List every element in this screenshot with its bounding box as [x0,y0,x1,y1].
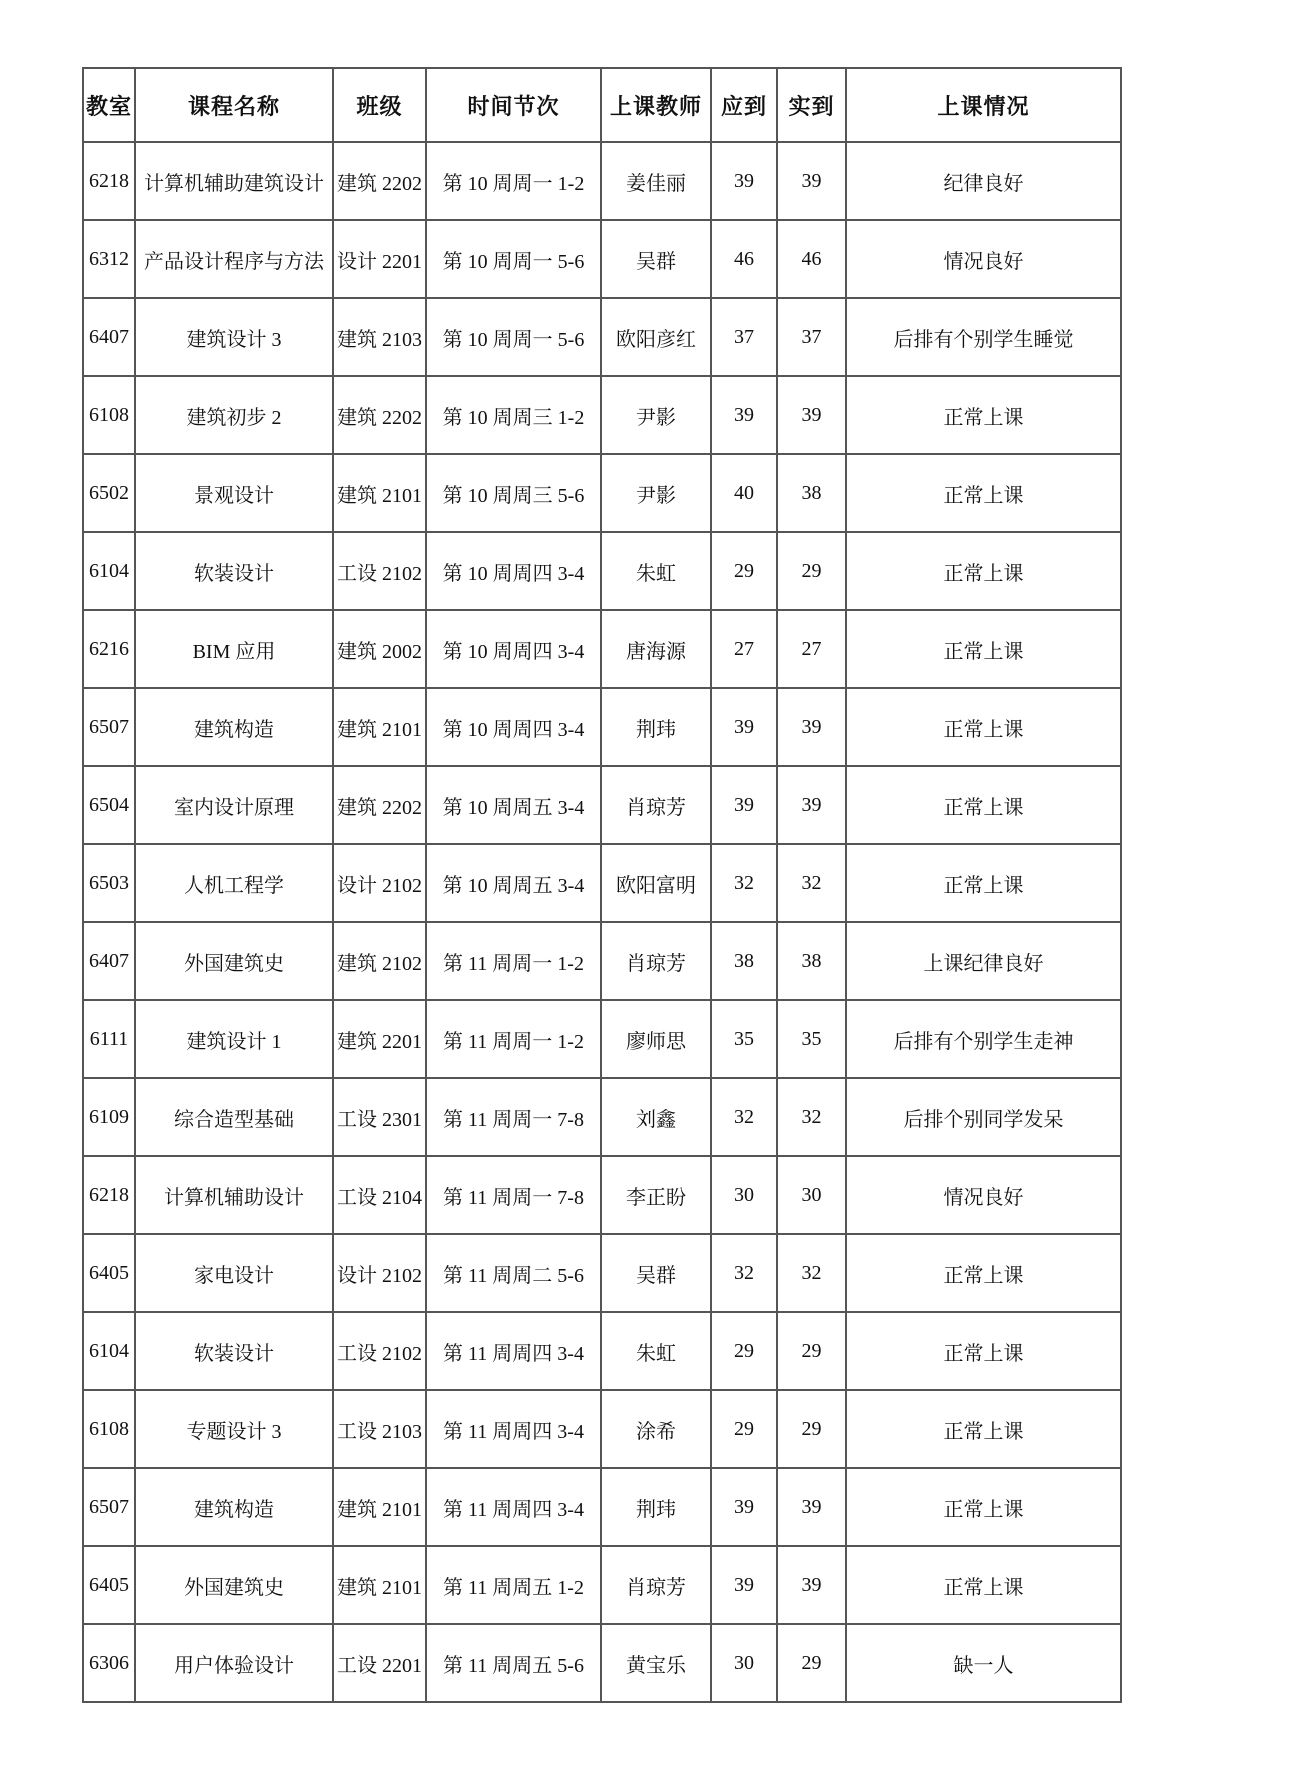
table-row: 6503人机工程学设计 2102第 10 周周五 3-4欧阳富明3232正常上课 [83,844,1121,922]
cell-room: 6216 [83,610,135,688]
cell-expected: 32 [711,844,777,922]
cell-class_name: 建筑 2202 [333,142,426,220]
table-row: 6312产品设计程序与方法设计 2201第 10 周周一 5-6吴群4646情况… [83,220,1121,298]
cell-actual: 39 [777,1546,846,1624]
cell-time: 第 10 周周五 3-4 [426,844,601,922]
cell-teacher: 吴群 [601,220,711,298]
cell-course: 外国建筑史 [135,1546,333,1624]
cell-time: 第 10 周周四 3-4 [426,610,601,688]
cell-status: 正常上课 [846,688,1121,766]
cell-expected: 32 [711,1234,777,1312]
cell-time: 第 11 周周一 7-8 [426,1078,601,1156]
cell-room: 6306 [83,1624,135,1702]
cell-time: 第 11 周周四 3-4 [426,1468,601,1546]
table-row: 6507建筑构造建筑 2101第 11 周周四 3-4荆玮3939正常上课 [83,1468,1121,1546]
cell-actual: 30 [777,1156,846,1234]
col-header-room: 教室 [83,68,135,142]
cell-expected: 27 [711,610,777,688]
cell-time: 第 11 周周五 5-6 [426,1624,601,1702]
table-row: 6504室内设计原理建筑 2202第 10 周周五 3-4肖琼芳3939正常上课 [83,766,1121,844]
cell-actual: 32 [777,844,846,922]
header-row: 教室课程名称班级时间节次上课教师应到实到上课情况 [83,68,1121,142]
cell-course: 建筑设计 3 [135,298,333,376]
cell-actual: 27 [777,610,846,688]
cell-room: 6104 [83,1312,135,1390]
cell-actual: 38 [777,922,846,1000]
cell-teacher: 刘鑫 [601,1078,711,1156]
cell-room: 6405 [83,1234,135,1312]
cell-status: 情况良好 [846,1156,1121,1234]
cell-teacher: 欧阳富明 [601,844,711,922]
cell-actual: 29 [777,1624,846,1702]
cell-teacher: 肖琼芳 [601,766,711,844]
cell-course: 建筑设计 1 [135,1000,333,1078]
cell-course: 外国建筑史 [135,922,333,1000]
cell-course: 建筑构造 [135,688,333,766]
cell-course: 综合造型基础 [135,1078,333,1156]
cell-expected: 30 [711,1156,777,1234]
cell-teacher: 李正盼 [601,1156,711,1234]
cell-actual: 32 [777,1078,846,1156]
cell-status: 正常上课 [846,532,1121,610]
cell-expected: 39 [711,766,777,844]
cell-time: 第 11 周周一 1-2 [426,922,601,1000]
cell-room: 6504 [83,766,135,844]
cell-actual: 39 [777,1468,846,1546]
table-row: 6502景观设计建筑 2101第 10 周周三 5-6尹影4038正常上课 [83,454,1121,532]
table-row: 6306用户体验设计工设 2201第 11 周周五 5-6黄宝乐3029缺一人 [83,1624,1121,1702]
col-header-teacher: 上课教师 [601,68,711,142]
cell-room: 6507 [83,688,135,766]
cell-teacher: 涂希 [601,1390,711,1468]
cell-course: 软装设计 [135,532,333,610]
cell-actual: 39 [777,766,846,844]
cell-time: 第 10 周周四 3-4 [426,688,601,766]
cell-course: 家电设计 [135,1234,333,1312]
cell-class_name: 建筑 2101 [333,688,426,766]
cell-class_name: 工设 2104 [333,1156,426,1234]
cell-time: 第 10 周周一 5-6 [426,298,601,376]
cell-time: 第 10 周周五 3-4 [426,766,601,844]
cell-course: 计算机辅助设计 [135,1156,333,1234]
cell-time: 第 10 周周一 5-6 [426,220,601,298]
cell-actual: 29 [777,532,846,610]
cell-status: 正常上课 [846,454,1121,532]
cell-actual: 38 [777,454,846,532]
cell-status: 正常上课 [846,1234,1121,1312]
cell-class_name: 建筑 2101 [333,454,426,532]
cell-teacher: 吴群 [601,1234,711,1312]
cell-expected: 38 [711,922,777,1000]
table-row: 6405外国建筑史建筑 2101第 11 周周五 1-2肖琼芳3939正常上课 [83,1546,1121,1624]
cell-status: 后排有个别学生走神 [846,1000,1121,1078]
cell-room: 6405 [83,1546,135,1624]
cell-room: 6108 [83,1390,135,1468]
cell-teacher: 欧阳彦红 [601,298,711,376]
cell-class_name: 设计 2201 [333,220,426,298]
cell-actual: 46 [777,220,846,298]
col-header-actual: 实到 [777,68,846,142]
cell-time: 第 11 周周四 3-4 [426,1312,601,1390]
cell-status: 正常上课 [846,844,1121,922]
cell-expected: 35 [711,1000,777,1078]
cell-actual: 29 [777,1312,846,1390]
cell-status: 缺一人 [846,1624,1121,1702]
cell-expected: 39 [711,142,777,220]
cell-time: 第 10 周周四 3-4 [426,532,601,610]
cell-status: 后排个别同学发呆 [846,1078,1121,1156]
table-row: 6109综合造型基础工设 2301第 11 周周一 7-8刘鑫3232后排个别同… [83,1078,1121,1156]
cell-status: 正常上课 [846,1546,1121,1624]
cell-class_name: 工设 2102 [333,1312,426,1390]
cell-room: 6218 [83,1156,135,1234]
col-header-time: 时间节次 [426,68,601,142]
table-row: 6104软装设计工设 2102第 10 周周四 3-4朱虹2929正常上课 [83,532,1121,610]
cell-expected: 30 [711,1624,777,1702]
cell-class_name: 建筑 2101 [333,1546,426,1624]
cell-class_name: 设计 2102 [333,1234,426,1312]
col-header-status: 上课情况 [846,68,1121,142]
table-row: 6108专题设计 3工设 2103第 11 周周四 3-4涂希2929正常上课 [83,1390,1121,1468]
table-row: 6507建筑构造建筑 2101第 10 周周四 3-4荆玮3939正常上课 [83,688,1121,766]
cell-teacher: 黄宝乐 [601,1624,711,1702]
cell-class_name: 工设 2102 [333,532,426,610]
cell-course: 软装设计 [135,1312,333,1390]
cell-expected: 46 [711,220,777,298]
cell-time: 第 11 周周二 5-6 [426,1234,601,1312]
cell-expected: 40 [711,454,777,532]
cell-course: 人机工程学 [135,844,333,922]
cell-time: 第 10 周周三 1-2 [426,376,601,454]
table-body: 6218计算机辅助建筑设计建筑 2202第 10 周周一 1-2姜佳丽3939纪… [83,142,1121,1702]
col-header-expected: 应到 [711,68,777,142]
cell-time: 第 11 周周五 1-2 [426,1546,601,1624]
cell-class_name: 设计 2102 [333,844,426,922]
cell-room: 6502 [83,454,135,532]
cell-time: 第 10 周周一 1-2 [426,142,601,220]
table-row: 6405家电设计设计 2102第 11 周周二 5-6吴群3232正常上课 [83,1234,1121,1312]
cell-teacher: 尹影 [601,454,711,532]
cell-room: 6407 [83,298,135,376]
cell-expected: 39 [711,1546,777,1624]
cell-expected: 29 [711,1312,777,1390]
cell-teacher: 荆玮 [601,1468,711,1546]
cell-expected: 39 [711,1468,777,1546]
cell-class_name: 建筑 2103 [333,298,426,376]
cell-class_name: 建筑 2102 [333,922,426,1000]
cell-time: 第 11 周周一 7-8 [426,1156,601,1234]
cell-expected: 37 [711,298,777,376]
cell-actual: 35 [777,1000,846,1078]
cell-status: 正常上课 [846,766,1121,844]
cell-teacher: 廖师思 [601,1000,711,1078]
cell-expected: 29 [711,532,777,610]
cell-room: 6507 [83,1468,135,1546]
cell-room: 6111 [83,1000,135,1078]
cell-status: 正常上课 [846,610,1121,688]
col-header-class_name: 班级 [333,68,426,142]
cell-course: 景观设计 [135,454,333,532]
cell-time: 第 11 周周一 1-2 [426,1000,601,1078]
cell-course: 室内设计原理 [135,766,333,844]
cell-room: 6503 [83,844,135,922]
cell-actual: 37 [777,298,846,376]
cell-room: 6218 [83,142,135,220]
cell-teacher: 肖琼芳 [601,922,711,1000]
cell-teacher: 唐海源 [601,610,711,688]
table-row: 6108建筑初步 2建筑 2202第 10 周周三 1-2尹影3939正常上课 [83,376,1121,454]
cell-status: 正常上课 [846,1468,1121,1546]
cell-actual: 39 [777,688,846,766]
cell-teacher: 姜佳丽 [601,142,711,220]
cell-class_name: 建筑 2201 [333,1000,426,1078]
cell-status: 上课纪律良好 [846,922,1121,1000]
cell-course: 用户体验设计 [135,1624,333,1702]
cell-course: 专题设计 3 [135,1390,333,1468]
cell-expected: 39 [711,376,777,454]
table-header: 教室课程名称班级时间节次上课教师应到实到上课情况 [83,68,1121,142]
cell-class_name: 建筑 2002 [333,610,426,688]
table-row: 6216BIM 应用建筑 2002第 10 周周四 3-4唐海源2727正常上课 [83,610,1121,688]
cell-room: 6312 [83,220,135,298]
cell-class_name: 建筑 2202 [333,766,426,844]
cell-expected: 32 [711,1078,777,1156]
cell-status: 情况良好 [846,220,1121,298]
table-row: 6407建筑设计 3建筑 2103第 10 周周一 5-6欧阳彦红3737后排有… [83,298,1121,376]
cell-course: 建筑初步 2 [135,376,333,454]
cell-teacher: 荆玮 [601,688,711,766]
cell-expected: 29 [711,1390,777,1468]
cell-status: 正常上课 [846,1312,1121,1390]
cell-teacher: 肖琼芳 [601,1546,711,1624]
cell-room: 6407 [83,922,135,1000]
col-header-course: 课程名称 [135,68,333,142]
document-page: 教室课程名称班级时间节次上课教师应到实到上课情况 6218计算机辅助建筑设计建筑… [0,0,1302,1791]
cell-status: 后排有个别学生睡觉 [846,298,1121,376]
cell-class_name: 建筑 2202 [333,376,426,454]
cell-class_name: 工设 2103 [333,1390,426,1468]
cell-time: 第 11 周周四 3-4 [426,1390,601,1468]
attendance-table: 教室课程名称班级时间节次上课教师应到实到上课情况 6218计算机辅助建筑设计建筑… [82,67,1122,1703]
cell-status: 纪律良好 [846,142,1121,220]
cell-status: 正常上课 [846,376,1121,454]
cell-course: 建筑构造 [135,1468,333,1546]
cell-room: 6108 [83,376,135,454]
cell-status: 正常上课 [846,1390,1121,1468]
cell-time: 第 10 周周三 5-6 [426,454,601,532]
cell-class_name: 工设 2301 [333,1078,426,1156]
cell-class_name: 建筑 2101 [333,1468,426,1546]
cell-course: BIM 应用 [135,610,333,688]
table-row: 6104软装设计工设 2102第 11 周周四 3-4朱虹2929正常上课 [83,1312,1121,1390]
cell-teacher: 朱虹 [601,1312,711,1390]
cell-actual: 39 [777,376,846,454]
cell-teacher: 朱虹 [601,532,711,610]
cell-expected: 39 [711,688,777,766]
cell-actual: 32 [777,1234,846,1312]
cell-course: 计算机辅助建筑设计 [135,142,333,220]
table-row: 6407外国建筑史建筑 2102第 11 周周一 1-2肖琼芳3838上课纪律良… [83,922,1121,1000]
cell-class_name: 工设 2201 [333,1624,426,1702]
cell-room: 6109 [83,1078,135,1156]
table-row: 6218计算机辅助建筑设计建筑 2202第 10 周周一 1-2姜佳丽3939纪… [83,142,1121,220]
cell-actual: 29 [777,1390,846,1468]
table-row: 6218计算机辅助设计工设 2104第 11 周周一 7-8李正盼3030情况良… [83,1156,1121,1234]
cell-teacher: 尹影 [601,376,711,454]
cell-actual: 39 [777,142,846,220]
cell-room: 6104 [83,532,135,610]
table-row: 6111建筑设计 1建筑 2201第 11 周周一 1-2廖师思3535后排有个… [83,1000,1121,1078]
cell-course: 产品设计程序与方法 [135,220,333,298]
